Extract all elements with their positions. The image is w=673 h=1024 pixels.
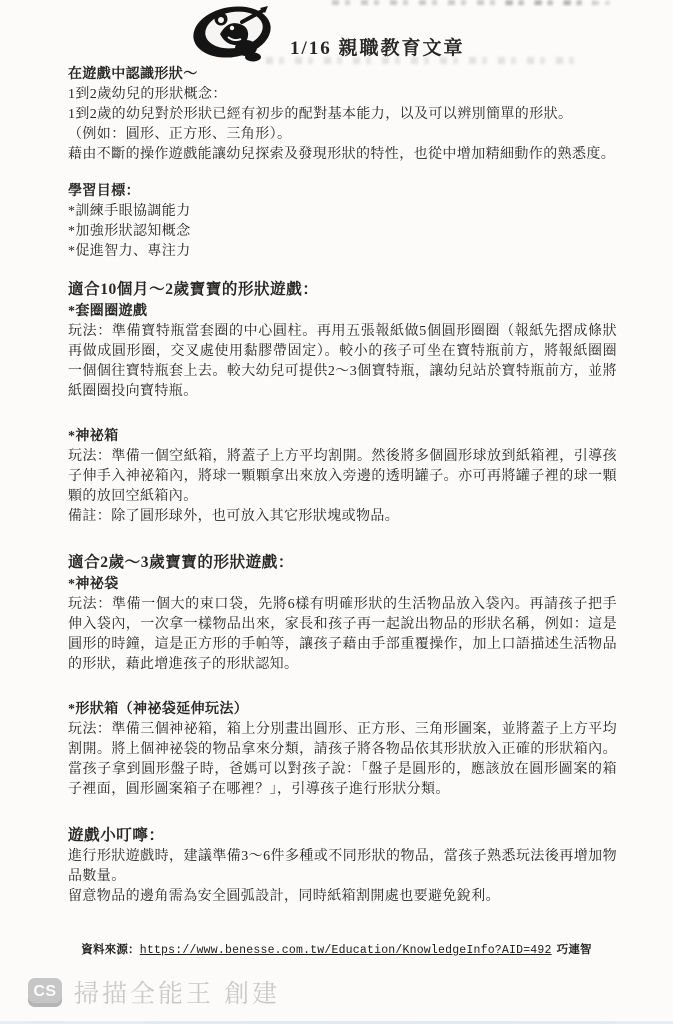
page-header: 1/16 親職教育文章: [190, 4, 465, 62]
doc-line: 學習目標：: [68, 181, 617, 202]
doc-line: 適合10個月～2歲寶寶的形狀遊戲：: [68, 278, 617, 301]
camscanner-watermark-text: 掃描全能王 創建: [74, 974, 280, 1010]
doc-line: *訓練手眼協調能力: [68, 202, 617, 222]
source-url-link[interactable]: https://www.benesse.com.tw/Education/Kno…: [140, 944, 552, 957]
document-body: 在遊戲中認識形狀～1到2歲幼兒的形狀概念：1到2歲的幼兒對於形狀已經有初步的配對…: [68, 64, 617, 907]
doc-line: 進行形狀遊戲時，建議準備3～6件多種或不同形狀的物品，當孩子熟悉玩法後再增加物品…: [68, 847, 617, 887]
camscanner-watermark: CS 掃描全能王 創建: [28, 974, 280, 1010]
source-suffix: 巧連智: [557, 944, 592, 956]
doc-line: 在遊戲中認識形狀～: [68, 64, 617, 85]
doc-line: 備註：除了圓形球外，也可放入其它形狀塊或物品。: [68, 507, 617, 527]
doc-line: （例如：圓形、正方形、三角形）。: [68, 125, 617, 145]
doc-line: 1到2歲的幼兒對於形狀已經有初步的配對基本能力，以及可以辨別簡單的形狀。: [68, 105, 617, 125]
doc-line: 1到2歲幼兒的形狀概念：: [68, 85, 617, 105]
doc-line: *神祕袋: [68, 574, 617, 595]
page-title: 1/16 親職教育文章: [290, 33, 465, 62]
doc-line: *加強形狀認知概念: [68, 222, 617, 242]
source-label: 資料來源：: [81, 944, 140, 956]
doc-line: *神祕箱: [68, 426, 617, 447]
mouse-mascot-logo-icon: [190, 4, 282, 62]
doc-line: 藉由不斷的操作遊戲能讓幼兒探索及發現形狀的特性，也從中增加精細動作的熟悉度。: [68, 145, 617, 165]
camscanner-badge-icon: CS: [28, 978, 62, 1007]
source-line: 資料來源：https://www.benesse.com.tw/Educatio…: [0, 941, 673, 957]
scan-artifact-top-right: [505, 1, 615, 5]
doc-line: 玩法：準備一個大的束口袋，先將6樣有明確形狀的生活物品放入袋內。再請孩子把手伸入…: [68, 595, 617, 675]
doc-line: 適合2歲～3歲寶寶的形狀遊戲：: [68, 551, 617, 574]
doc-line: *促進智力、專注力: [68, 242, 617, 262]
scanned-document-page: { "header": { "page_label": "1/16 親職教育文章…: [0, 0, 673, 1024]
doc-line: 留意物品的邊角需為安全圓弧設計，同時紙箱割開處也要避免銳利。: [68, 887, 617, 907]
doc-line: 玩法：準備寶特瓶當套圈的中心圓柱。再用五張報紙做5個圓形圈圈（報紙先摺成條狀再做…: [68, 322, 617, 402]
doc-line: 玩法：準備一個空紙箱，將蓋子上方平均割開。然後將多個圓形球放到紙箱裡，引導孩子伸…: [68, 447, 617, 507]
doc-line: 遊戲小叮嚀：: [68, 824, 617, 847]
doc-line: 玩法：準備三個神祕箱，箱上分別畫出圓形、正方形、三角形圖案，並將蓋子上方平均割開…: [68, 720, 617, 800]
doc-line: *形狀箱（神祕袋延伸玩法）: [68, 699, 617, 720]
doc-line: *套圈圈遊戲: [68, 301, 617, 322]
